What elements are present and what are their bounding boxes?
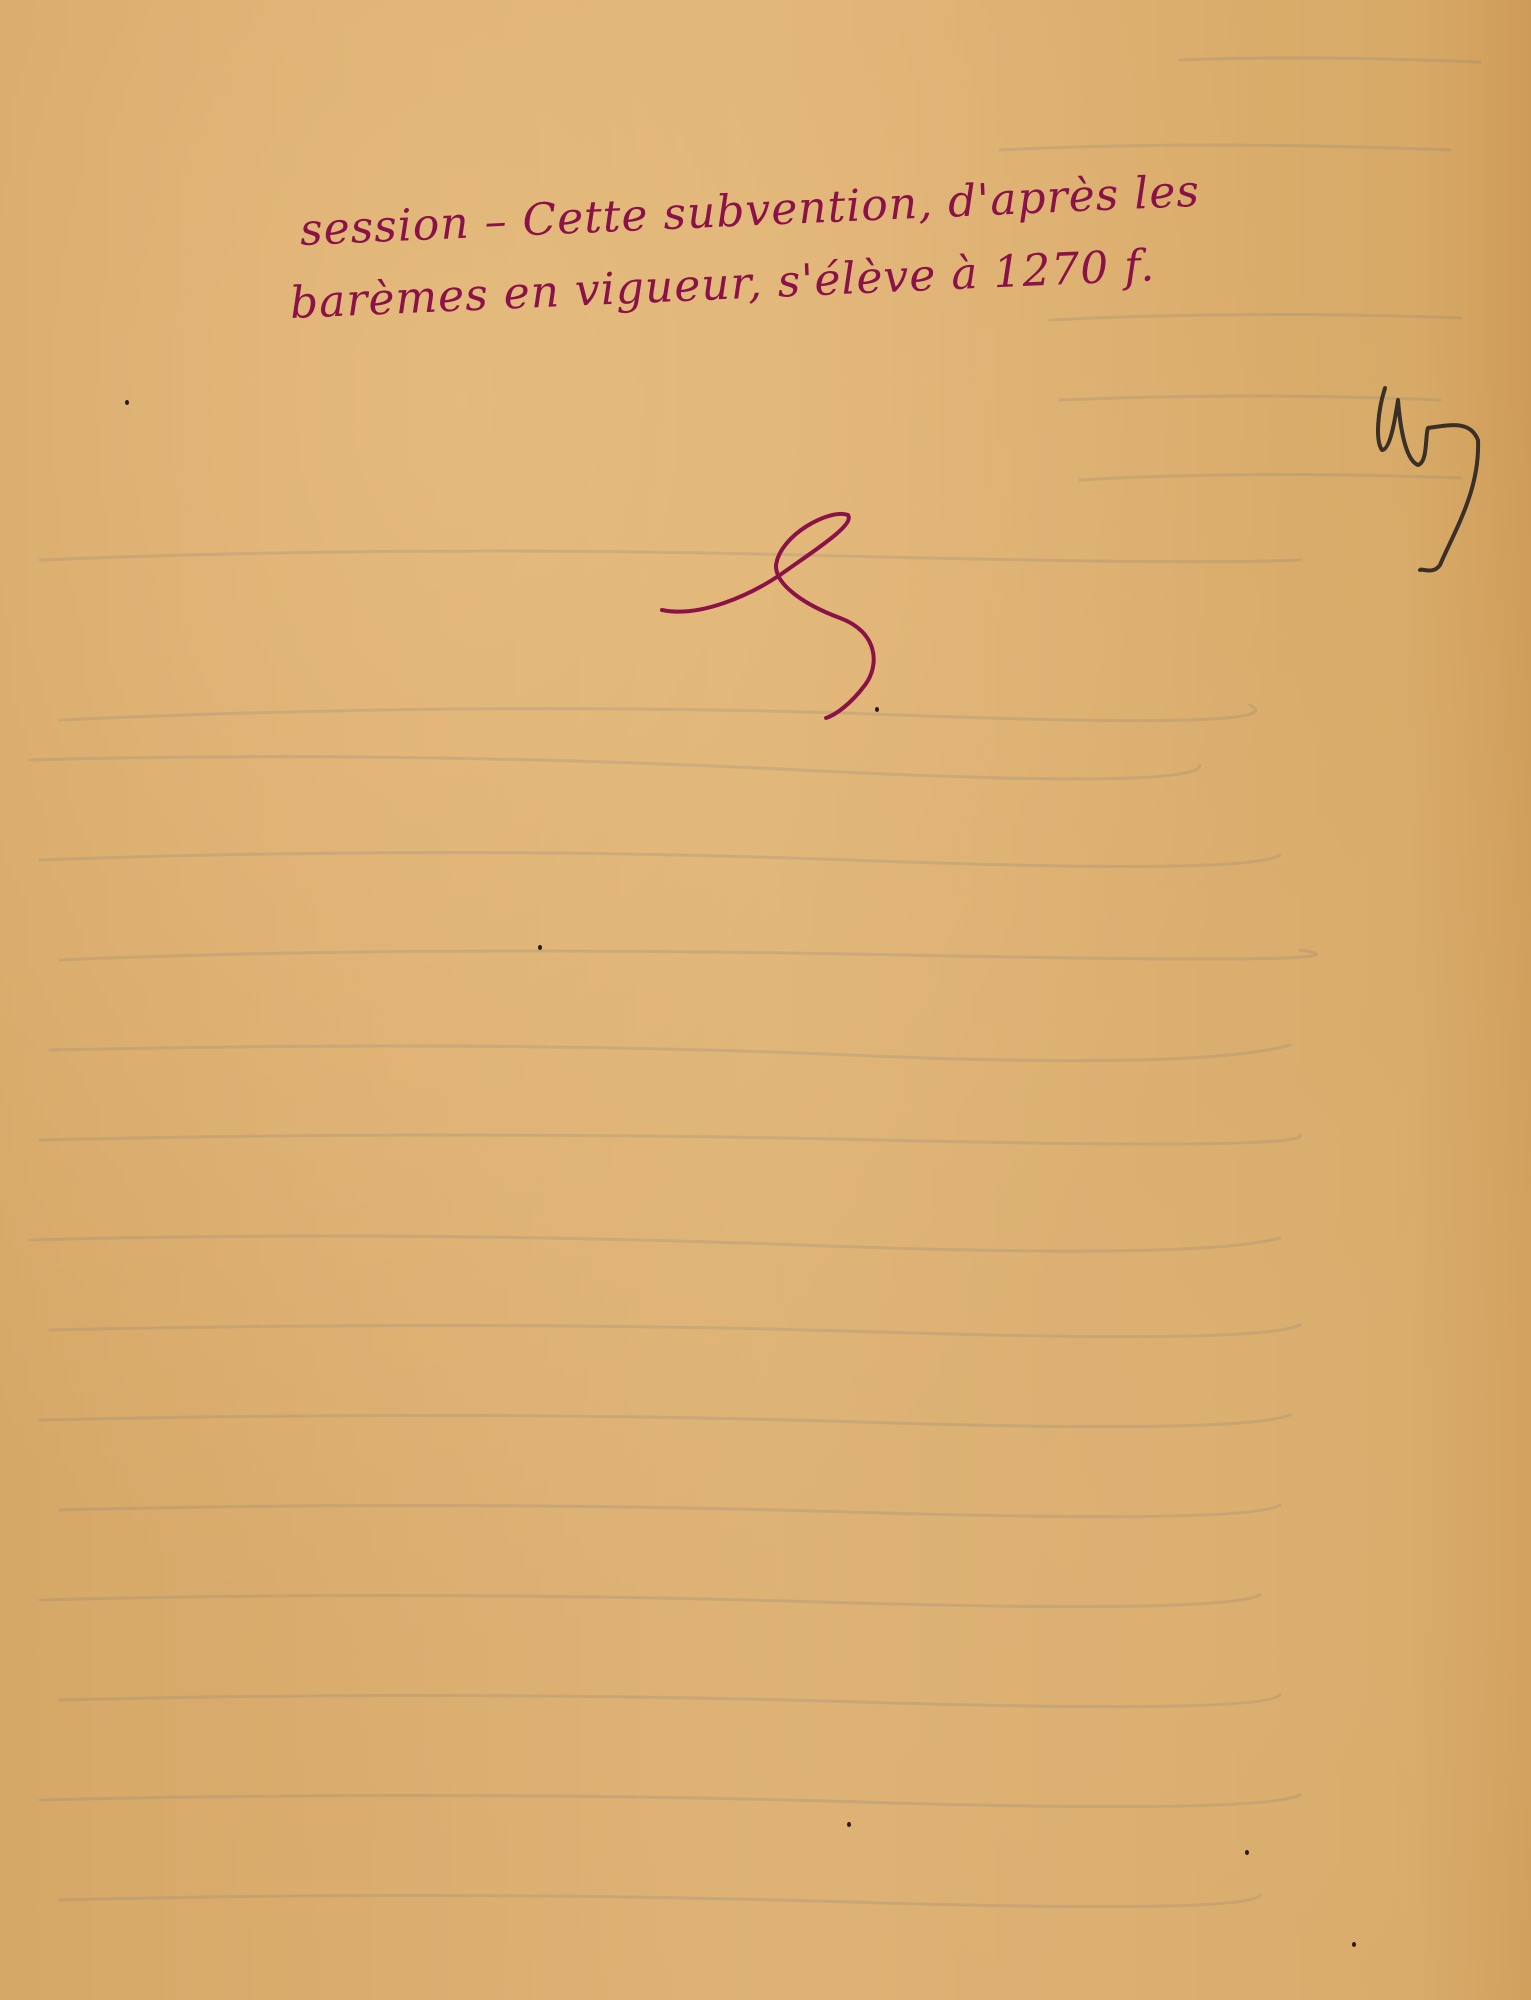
paper-speck <box>847 1822 851 1827</box>
paper-speck <box>1245 1850 1249 1855</box>
paper-speck <box>875 707 879 712</box>
ink-paraph-icon <box>640 500 900 730</box>
paper-speck <box>125 400 129 405</box>
paper-speck <box>538 945 542 950</box>
manuscript-page: session – Cette subvention, d'après les … <box>0 0 1531 2000</box>
paper-speck <box>1352 1942 1356 1947</box>
pencil-initials-icon <box>1340 380 1531 600</box>
